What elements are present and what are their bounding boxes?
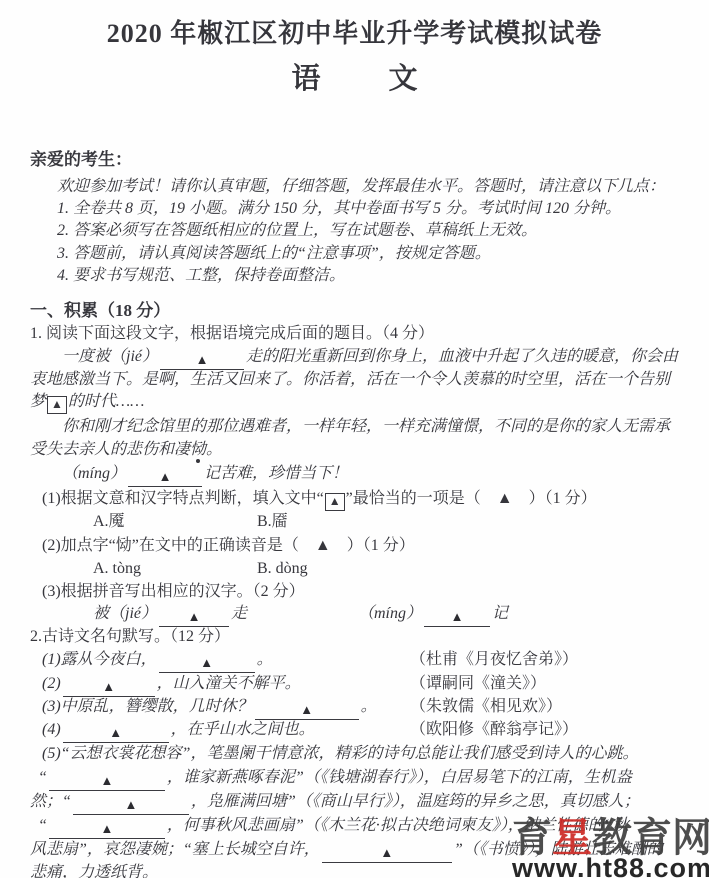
q2-item-4-source: （欧阳修《醉翁亭记》）: [410, 720, 578, 740]
q2-item-3-source: （朱敦儒《相见欢》）: [410, 697, 562, 717]
answer-blank: ▲: [49, 821, 165, 839]
watermark-site-name: 育星教育网: [512, 818, 709, 858]
q2-item-1-source: （杜甫《月夜忆舍弟》）: [410, 650, 578, 670]
watermark-url: www.ht88.com: [512, 855, 709, 878]
answer-blank: ▲: [159, 609, 229, 627]
notice-salutation: 亲爱的考生：: [30, 150, 132, 170]
q2-item-5-line1: (5)“云想衣裳花想容”，笔墨阑干情意浓，精彩的诗句总能让我们感受到诗人的心跳。: [42, 744, 638, 764]
answer-blank: ▲: [73, 797, 189, 815]
q1-paragraph2-line2: 受失去亲人的悲伤和凄恸。: [30, 440, 222, 460]
answer-blank: ▲: [159, 655, 255, 673]
q1-sub2-option-b: B. dòng: [257, 559, 308, 579]
q1-sub3-blank1: 被（jié）▲走: [93, 604, 247, 627]
q1-sub3-blank2: （míng）▲记: [358, 604, 508, 627]
subject-char-1: 语: [291, 56, 320, 97]
answer-blank: ▲: [63, 725, 169, 743]
emphasis-dot-char: 恸: [190, 441, 206, 458]
notice-item-1: 1. 全卷共 8 页，19 小题。满分 150 分，其中卷面书写 5 分。考试时…: [57, 199, 621, 219]
q1-stem: 1. 阅读下面这段文字，根据语境完成后面的题目。（4 分）: [30, 324, 434, 344]
exam-paper-page: 2020 年椒江区初中毕业升学考试模拟试卷 语 文 亲爱的考生： 欢迎参加考试！…: [0, 0, 709, 878]
answer-blank: ▲: [63, 679, 155, 697]
answer-blank: ▲: [160, 352, 244, 370]
q2-item-5-line2: “▲，谁家新燕啄春泥”（《钱塘湖春行》），白居易笔下的江南，生机盎: [38, 768, 632, 791]
q1-sub1-stem: (1)根据文意和汉字特点判断，填入文中“▲”最恰当的一项是（ ▲ ）（1 分）: [42, 489, 597, 511]
q1-paragraph1-line1: 一度被（jié）▲走的阳光重新回到你身上，血液中升起了久违的暖意，你会由: [62, 347, 678, 370]
notice-intro: 欢迎参加考试！请你认真审题，仔细答题，发挥最佳水平。答题时，请注意以下几点：: [57, 177, 665, 197]
q2-stem: 2.古诗文名句默写。（12 分）: [30, 627, 230, 647]
watermark: 育星教育网 www.ht88.com: [512, 818, 709, 878]
q1-sub2-option-a: A. tòng: [93, 559, 141, 579]
answer-blank: ▲: [49, 773, 165, 791]
q1-sub1-option-b: B.靥: [257, 512, 288, 532]
q1-paragraph1-line2: 衷地感激当下。是啊，生活又回来了。你活着，活在一个令人羡慕的时空里，活在一个告别: [30, 370, 670, 390]
answer-blank: ▲: [424, 609, 490, 627]
notice-item-3: 3. 答题前，请认真阅读答题纸上的“注意事项”，按规定答题。: [57, 244, 491, 264]
boxed-triangle-placeholder: ▲: [47, 396, 67, 414]
answer-blank: ▲: [255, 702, 359, 720]
q1-sub1-option-a: A.魇: [93, 512, 125, 532]
q2-item-5-line3: 然；“▲，凫雁满回塘”（《商山早行》），温庭筠的异乡之思，真切感人；: [30, 792, 640, 815]
q1-paragraph1-line3: 梦▲的时代……: [30, 392, 144, 414]
answer-blank: ▲: [128, 469, 202, 487]
page-title: 2020 年椒江区初中毕业升学考试模拟试卷: [0, 13, 709, 50]
q2-item-3: (3)中原乱，簪缨散，几时休？▲。: [42, 697, 377, 720]
notice-item-4: 4. 要求书写规范、工整，保持卷面整洁。: [57, 266, 345, 286]
answer-blank: ▲: [322, 845, 452, 863]
q2-item-5-line6: 悲痛，力透纸背。: [30, 863, 158, 878]
q2-item-2-source: （谭嗣同《潼关》）: [410, 674, 546, 694]
q1-paragraph2-line1: 你和刚才纪念馆里的那位遇难者，一样年轻，一样充满憧憬，不同的是你的家人无需承: [62, 417, 670, 437]
q1-sub2-stem: (2)加点字“恸”在文中的正确读音是（ ▲ ）（1 分）: [42, 536, 415, 556]
subject-char-2: 文: [389, 56, 418, 97]
q1-sub3-stem: (3)根据拼音写出相应的汉字。（2 分）: [42, 582, 305, 602]
q2-item-2: (2)▲，山入潼关不解平。: [42, 674, 301, 697]
notice-item-2: 2. 答案必须写在答题纸相应的位置上，写在试题卷、草稿纸上无效。: [57, 221, 537, 241]
section1-heading: 一、积累（18 分）: [30, 301, 170, 321]
q1-ming-line: （míng）▲记苦难，珍惜当下！: [62, 464, 348, 487]
subject-title: 语 文: [0, 56, 709, 97]
q2-item-4: (4)▲，在乎山水之间也。: [42, 720, 315, 743]
q2-item-1: (1)露从今夜白，▲。: [42, 650, 273, 673]
boxed-triangle-placeholder: ▲: [325, 493, 345, 511]
